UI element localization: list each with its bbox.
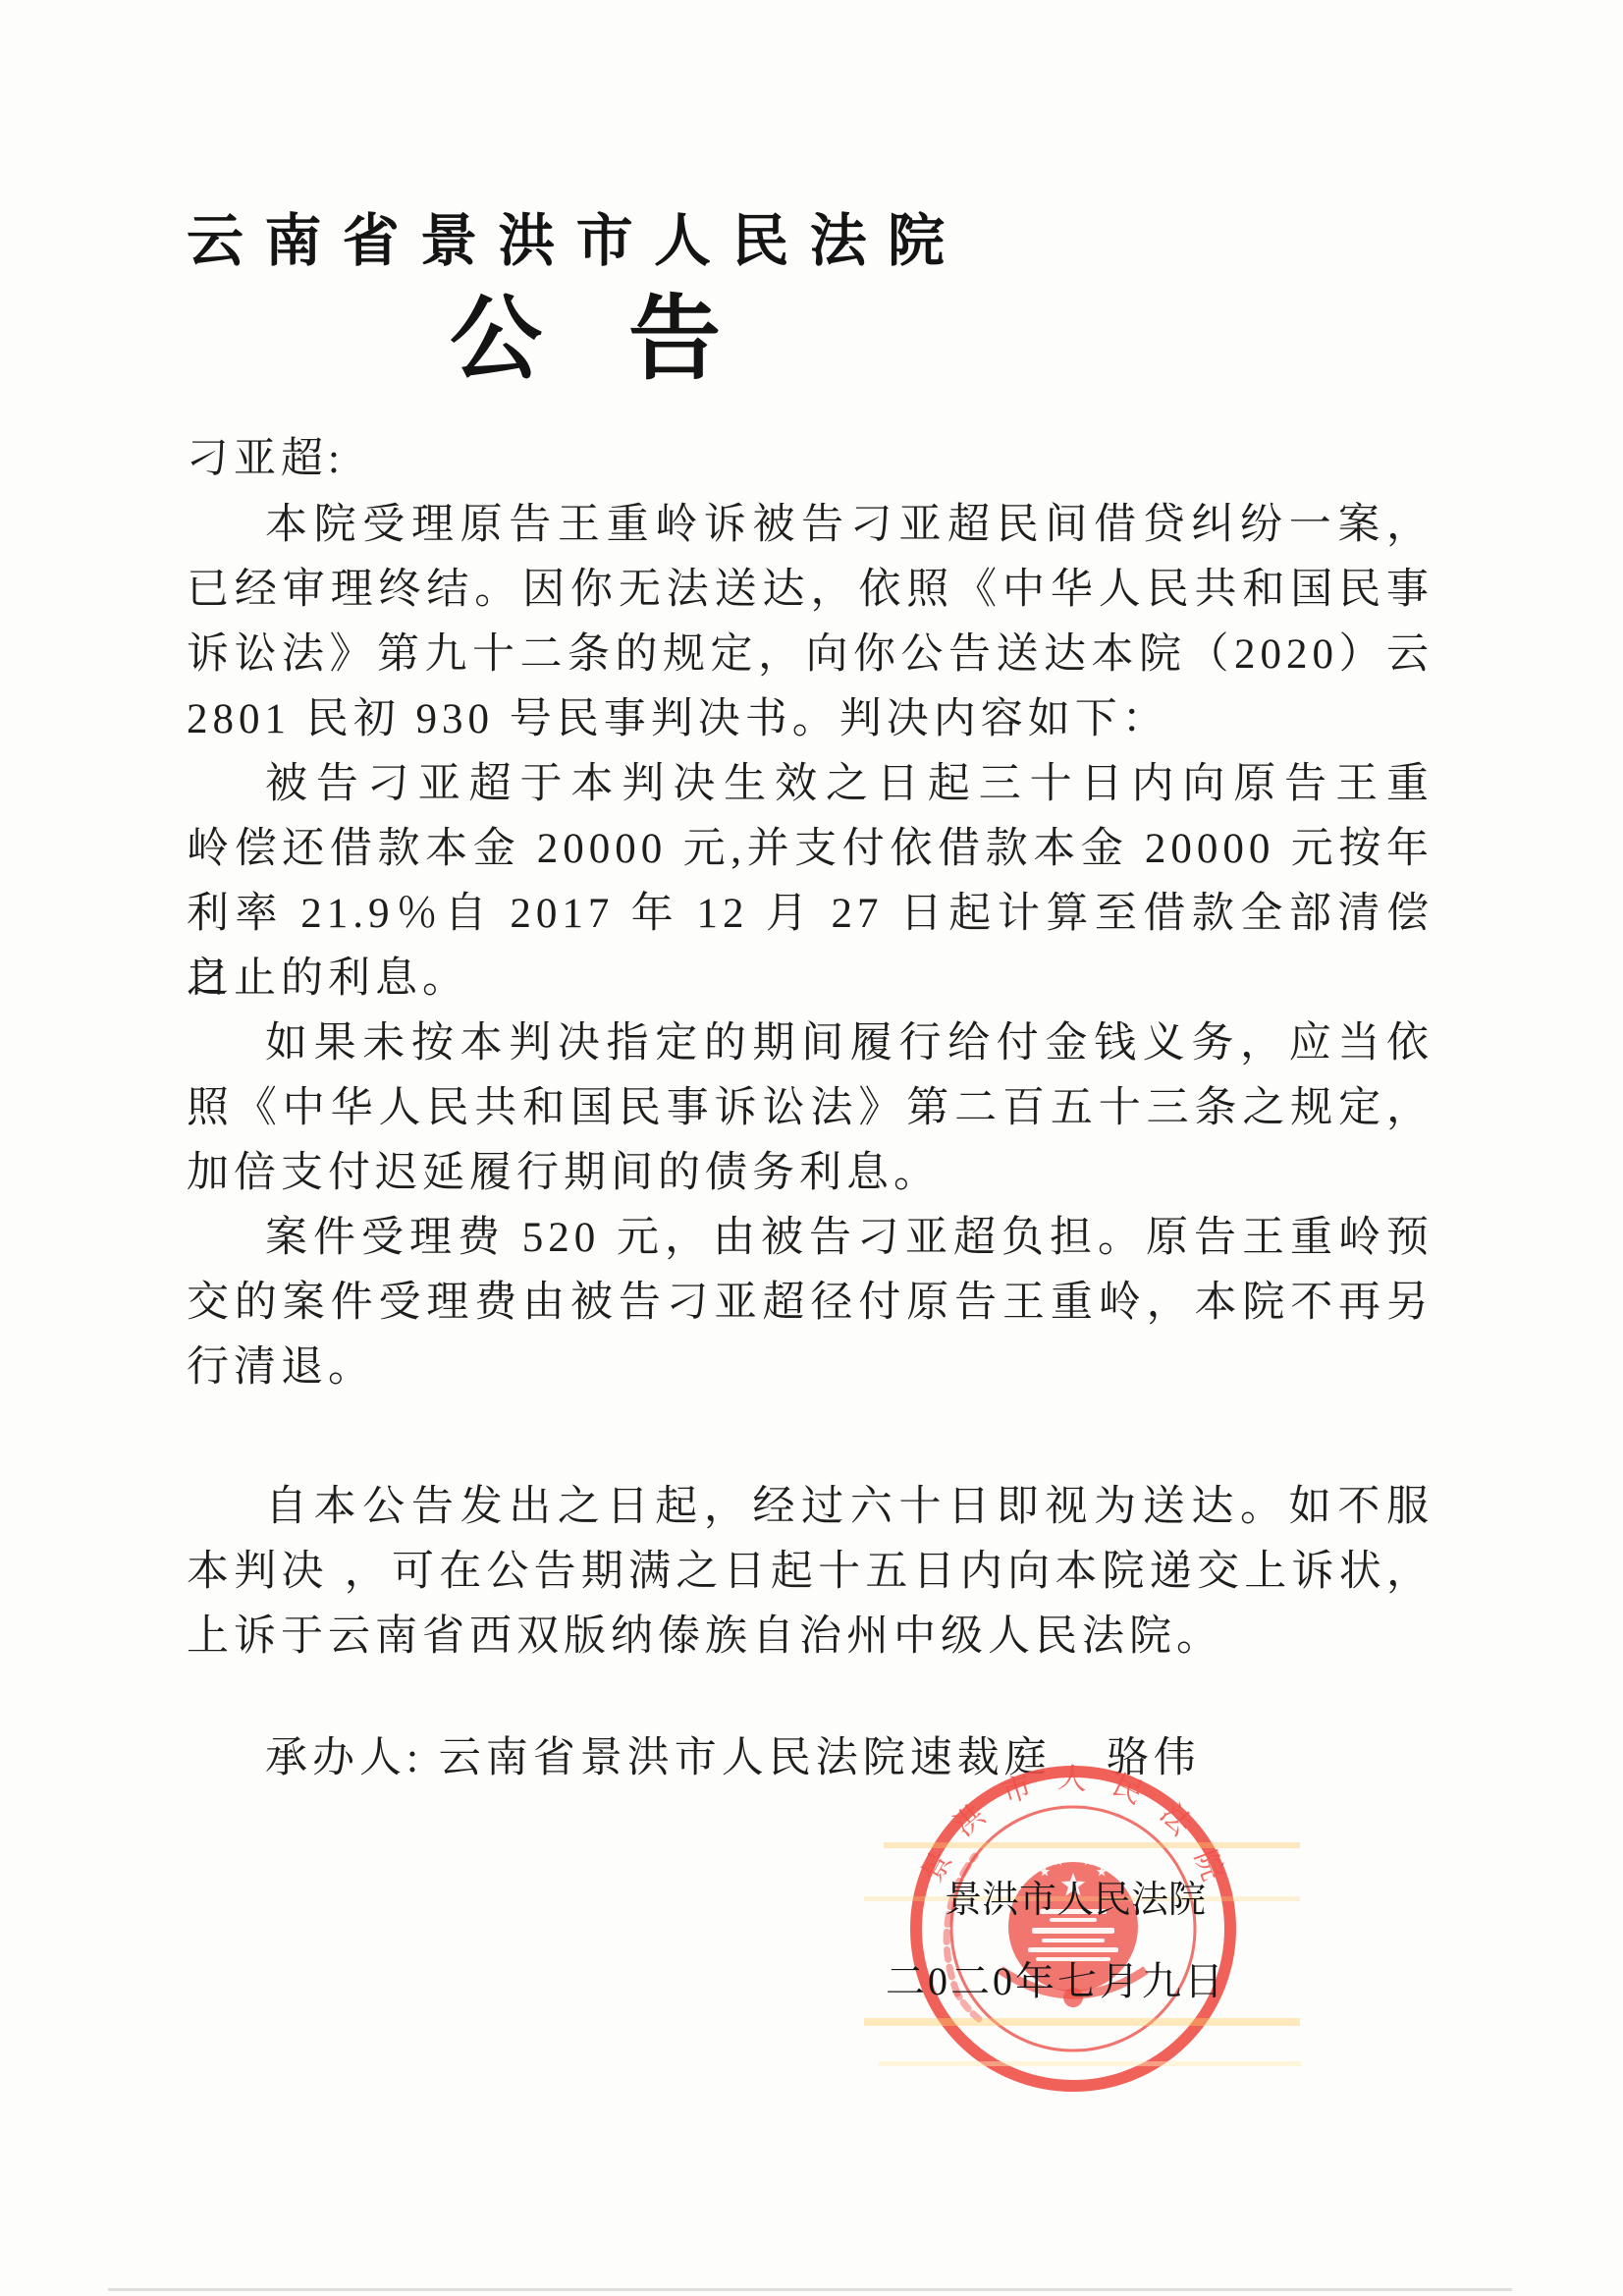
- body-line: 如果未按本判决指定的期间履行给付金钱义务，应当依: [187, 1011, 1434, 1076]
- court-title: 云南省景洪市人民法院: [187, 210, 945, 273]
- body-line: 交的案件受理费由被告刁亚超径付原告王重岭，本院不再另: [187, 1271, 1434, 1336]
- body-line: 被告刁亚超于本判决生效之日起三十日内向原告王重: [187, 752, 1434, 817]
- body-line: 利率 21.9％自 2017 年 12 月 27 日起计算至借款全部清偿之: [187, 882, 1434, 947]
- recipient-name: 刁亚超:: [187, 430, 345, 489]
- body-line: 自本公告发出之日起，经过六十日即视为送达。如不服: [187, 1475, 1434, 1540]
- body-line: 日止的利息。: [187, 947, 1434, 1011]
- issue-date: 二0二0年七月九日: [886, 1958, 1226, 2005]
- notice-title: 公 告: [450, 290, 721, 388]
- document-page: 云南省景洪市人民法院 公 告 刁亚超: 本院受理原告王重岭诉被告刁亚超民间借贷纠…: [0, 0, 1623, 2296]
- handler-line: 承办人: 云南省景洪市人民法院速裁庭骆伟: [187, 1728, 1434, 1789]
- body-line: 已经审理终结。因你无法送达，依照《中华人民共和国民事: [187, 558, 1434, 623]
- issuing-court-name: 景洪市人民法院: [945, 1878, 1206, 1923]
- body-line: 岭偿还借款本金 20000 元,并支付依借款本金 20000 元按年: [187, 817, 1434, 882]
- body-line: 本院受理原告王重岭诉被告刁亚超民间借贷纠纷一案，: [187, 493, 1434, 558]
- body-line: 行清退。: [187, 1336, 1434, 1400]
- body-line: 诉讼法》第九十二条的规定，向你公告送达本院（2020）云: [187, 623, 1434, 687]
- body-line: 本判决 ，可在公告期满之日起十五日内向本院递交上诉状，: [187, 1540, 1434, 1605]
- court-seal-stamp: 景洪市人民法院: [906, 1762, 1240, 2096]
- body-line: 上诉于云南省西双版纳傣族自治州中级人民法院。: [187, 1605, 1434, 1669]
- scan-edge-artifact: [108, 2288, 1512, 2291]
- notice-title-char-left: 公: [450, 290, 542, 388]
- notice-title-char-right: 告: [628, 290, 721, 388]
- body-line: 加倍支付迟延履行期间的债务利息。: [187, 1141, 1434, 1206]
- body-line: 案件受理费 520 元，由被告刁亚超负担。原告王重岭预: [187, 1206, 1434, 1271]
- body-line: 照《中华人民共和国民事诉讼法》第二百五十三条之规定，: [187, 1076, 1434, 1141]
- notice-body: 本院受理原告王重岭诉被告刁亚超民间借贷纠纷一案， 已经审理终结。因你无法送达，依…: [187, 493, 1434, 1669]
- body-line: 2801 民初 930 号民事判决书。判决内容如下：: [187, 687, 1434, 752]
